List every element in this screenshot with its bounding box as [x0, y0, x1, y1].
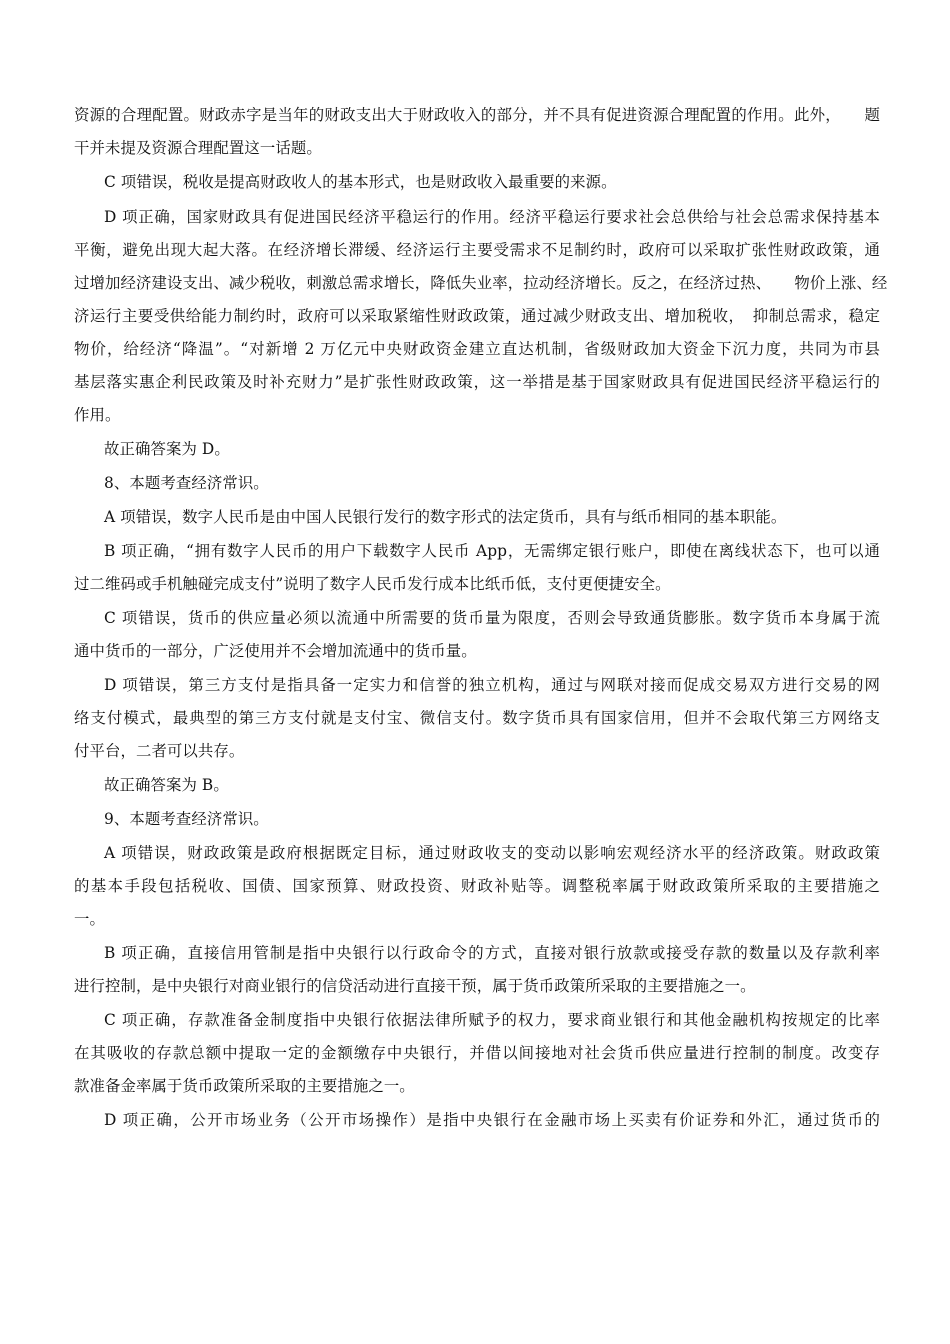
text-line: 在其吸收的存款总额中提取一定的金额缴存中央银行，并借以间接地对社会货币供应量进行…: [74, 1042, 880, 1064]
text-line: 过增加经济建设支出、减少税收，刺激总需求增长，降低失业率，拉动经济增长。反之，在…: [74, 272, 880, 294]
text-line: C 项正确，存款准备金制度指中央银行依据法律所赋予的权力，要求商业银行和其他金融…: [104, 1009, 880, 1031]
text-line: 款准备金率属于货币政策所采取的主要措施之一。: [74, 1075, 880, 1097]
text-line: 平衡，避免出现大起大落。在经济增长滞缓、经济运行主要受需求不足制约时，政府可以采…: [74, 239, 880, 261]
text-line: 过二维码或手机触碰完成支付”说明了数字人民币发行成本比纸币低，支付更便捷安全。: [74, 573, 880, 595]
document-page: 资源的合理配置。财政赤字是当年的财政支出大于财政收入的部分，并不具有促进资源合理…: [0, 0, 950, 1344]
question-heading: 8、本题考查经济常识。: [104, 472, 880, 494]
text-line: 进行控制，是中央银行对商业银行的信贷活动进行直接干预，属于货币政策所采取的主要措…: [74, 975, 880, 997]
text-line: B 项正确，直接信用管制是指中央银行以行政命令的方式，直接对银行放款或接受存款的…: [104, 942, 880, 964]
text-line: A 项错误，财政政策是政府根据既定目标，通过财政收支的变动以影响宏观经济水平的经…: [104, 842, 880, 864]
text-line: 络支付模式，最典型的第三方支付就是支付宝、微信支付。数字货币具有国家信用，但并不…: [74, 707, 880, 729]
text-line: 基层落实惠企利民政策及时补充财力”是扩张性财政政策，这一举措是基于国家财政具有促…: [74, 371, 880, 393]
text-line: C 项错误，货币的供应量必须以流通中所需要的货币量为限度，否则会导致通货膨胀。数…: [104, 607, 880, 629]
text-line: 一。: [74, 908, 880, 930]
answer-line: 故正确答案为 D。: [104, 438, 880, 460]
question-heading: 9、本题考查经济常识。: [104, 808, 880, 830]
text-line: 资源的合理配置。财政赤字是当年的财政支出大于财政收入的部分，并不具有促进资源合理…: [74, 104, 880, 126]
text-line: A 项错误，数字人民币是由中国人民银行发行的数字形式的法定货币，具有与纸币相同的…: [104, 506, 880, 528]
text-line: D 项错误，第三方支付是指具备一定实力和信誉的独立机构，通过与网联对接而促成交易…: [104, 674, 880, 696]
text-line: 干并未提及资源合理配置这一话题。: [74, 137, 880, 159]
text-line: 济运行主要受供给能力制约时，政府可以采取紧缩性财政政策，通过减少财政支出、增加税…: [74, 305, 880, 327]
text-line: 通中货币的一部分，广泛使用并不会增加流通中的货币量。: [74, 640, 880, 662]
answer-line: 故正确答案为 B。: [104, 774, 880, 796]
text-line: 付平台，二者可以共存。: [74, 740, 880, 762]
text-line: B 项正确，“拥有数字人民币的用户下载数字人民币 App，无需绑定银行账户，即使…: [104, 540, 880, 562]
text-line: 的基本手段包括税收、国债、国家预算、财政投资、财政补贴等。调整税率属于财政政策所…: [74, 875, 880, 897]
text-line: C 项错误，税收是提高财政收人的基本形式，也是财政收入最重要的来源。: [104, 171, 880, 193]
text-line: 物价，给经济“降温”。“对新增 2 万亿元中央财政资金建立直达机制，省级财政加大…: [74, 338, 880, 360]
text-line: D 项正确，公开市场业务（公开市场操作）是指中央银行在金融市场上买卖有价证券和外…: [104, 1109, 880, 1131]
text-line: 作用。: [74, 404, 880, 426]
text-line: D 项正确，国家财政具有促进国民经济平稳运行的作用。经济平稳运行要求社会总供给与…: [104, 206, 880, 228]
